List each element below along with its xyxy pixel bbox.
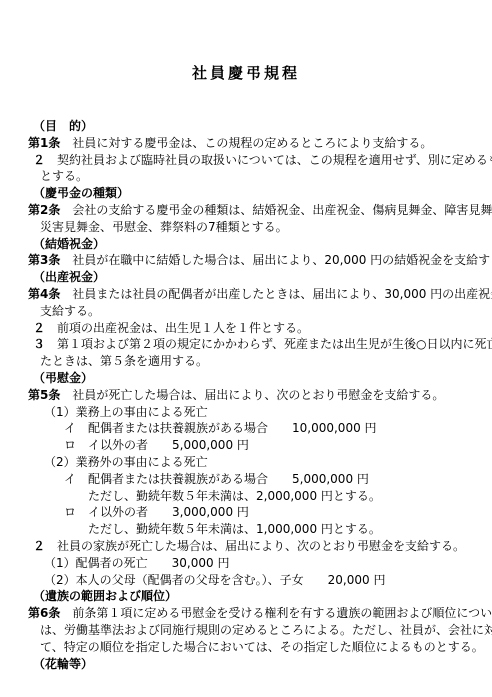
article-text: 社員が死亡した場合は、届出により、次のとおり弔慰金を支給する。 [60,388,444,402]
sub-item-ro-amount: ロ イ以外の者 5,000,000 円 [0,437,492,454]
article-number: 第6条 [28,606,60,620]
section-heading-wreaths: （花輪等） [0,656,492,673]
heading-text: （慶弔金の種類） [33,186,129,200]
document-title: 社員慶弔規程 [0,0,492,82]
heading-text: （目 的） [33,119,93,133]
article-number: 第4条 [28,287,60,301]
article-6-line: 第6条 前条第１項に定める弔慰金を受ける権利を有する遺族の範囲および順位について [0,605,492,622]
article-number: 第1条 [28,136,60,150]
article-3-line: 第3条 社員が在職中に結婚した場合は、届出により、20,000 円の結婚祝金を支… [0,252,492,269]
section-heading-marriage: （結婚祝金） [0,236,492,253]
article-1-item-2: ２ 契約社員および臨時社員の取扱いについては、この規程を適用せず、別に定めるもの [0,152,492,169]
article-text: 社員または社員の配偶者が出産したときは、届出により、30,000 円の出産祝金を [60,287,492,301]
heading-text: （遺族の範囲および順位） [33,589,177,603]
continuation-line: とする。 [0,168,492,185]
proviso-line: ただし、勤続年数５年未満は、1,000,000 円とする。 [0,521,492,538]
list-item-1-on-duty: （1）業務上の事由による死亡 [0,404,492,421]
heading-text: （出産祝金） [33,270,105,284]
heading-text: （弔慰金） [33,371,93,385]
article-1-line: 第1条 社員に対する慶弔金は、この規程の定めるところにより支給する。 [0,135,492,152]
article-4-item-3: ３ 第１項および第２項の規定にかかわらず、死産または出生児が生後○日以内に死亡し [0,336,492,353]
proviso-line: ただし、勤続年数５年未満は、2,000,000 円とする。 [0,488,492,505]
list-item-1-spouse: （1）配偶者の死亡 30,000 円 [0,555,492,572]
sub-item-ro-amount: ロ イ以外の者 3,000,000 円 [0,504,492,521]
continuation-line: は、労働基準法および同施行規則の定めるところによる。ただし、社員が、会社に対し [0,622,492,639]
item-text: 前項の出産祝金は、出生児１人を１件とする。 [45,321,309,335]
sub-item-i-amount: イ 配偶者または扶養親族がある場合 5,000,000 円 [0,471,492,488]
section-heading-types: （慶弔金の種類） [0,185,492,202]
article-number: 第3条 [28,253,60,267]
article-text: 前条第１項に定める弔慰金を受ける権利を有する遺族の範囲および順位について [60,606,492,620]
item-number: ３ [33,337,45,351]
section-heading-condolence: （弔慰金） [0,370,492,387]
article-text: 社員が在職中に結婚した場合は、届出により、20,000 円の結婚祝金を支給する。 [60,253,492,267]
heading-text: （結婚祝金） [33,237,105,251]
article-5-line: 第5条 社員が死亡した場合は、届出により、次のとおり弔慰金を支給する。 [0,387,492,404]
document-page: 社員慶弔規程 （目 的） 第1条 社員に対する慶弔金は、この規程の定めるところに… [0,0,492,697]
sub-item-i-amount: イ 配偶者または扶養親族がある場合 10,000,000 円 [0,420,492,437]
item-number: ２ [33,321,45,335]
item-text: 社員の家族が死亡した場合は、届出により、次のとおり弔慰金を支給する。 [45,539,465,553]
article-text: 社員に対する慶弔金は、この規程の定めるところにより支給する。 [60,136,432,150]
continuation-line: 災害見舞金、弔慰金、葬祭料の7種類とする。 [0,219,492,236]
article-number: 第2条 [28,203,60,217]
list-item-2-off-duty: （2）業務外の事由による死亡 [0,454,492,471]
article-5-item-2: ２ 社員の家族が死亡した場合は、届出により、次のとおり弔慰金を支給する。 [0,538,492,555]
article-text: 会社の支給する慶弔金の種類は、結婚祝金、出産祝金、傷病見舞金、障害見舞金、 [60,203,492,217]
list-item-2-parents: （2）本人の父母（配偶者の父母を含む。）、子女 20,000 円 [0,572,492,589]
item-text: 契約社員および臨時社員の取扱いについては、この規程を適用せず、別に定めるもの [45,153,492,167]
item-text: 第１項および第２項の規定にかかわらず、死産または出生児が生後○日以内に死亡し [45,337,492,351]
continuation-line: て、特定の順位を指定した場合においては、その指定した順位によるものとする。 [0,639,492,656]
item-number: ２ [33,153,45,167]
continuation-line: 支給する。 [0,303,492,320]
heading-text: （花輪等） [33,657,93,671]
article-4-line: 第4条 社員または社員の配偶者が出産したときは、届出により、30,000 円の出… [0,286,492,303]
article-4-item-2: ２ 前項の出産祝金は、出生児１人を１件とする。 [0,320,492,337]
section-heading-survivors: （遺族の範囲および順位） [0,588,492,605]
item-number: ２ [33,539,45,553]
document-body: （目 的） 第1条 社員に対する慶弔金は、この規程の定めるところにより支給する。… [0,118,492,672]
continuation-line: たときは、第５条を適用する。 [0,353,492,370]
article-number: 第5条 [28,388,60,402]
section-heading-birth: （出産祝金） [0,269,492,286]
article-2-line: 第2条 会社の支給する慶弔金の種類は、結婚祝金、出産祝金、傷病見舞金、障害見舞金… [0,202,492,219]
section-heading-purpose: （目 的） [0,118,492,135]
